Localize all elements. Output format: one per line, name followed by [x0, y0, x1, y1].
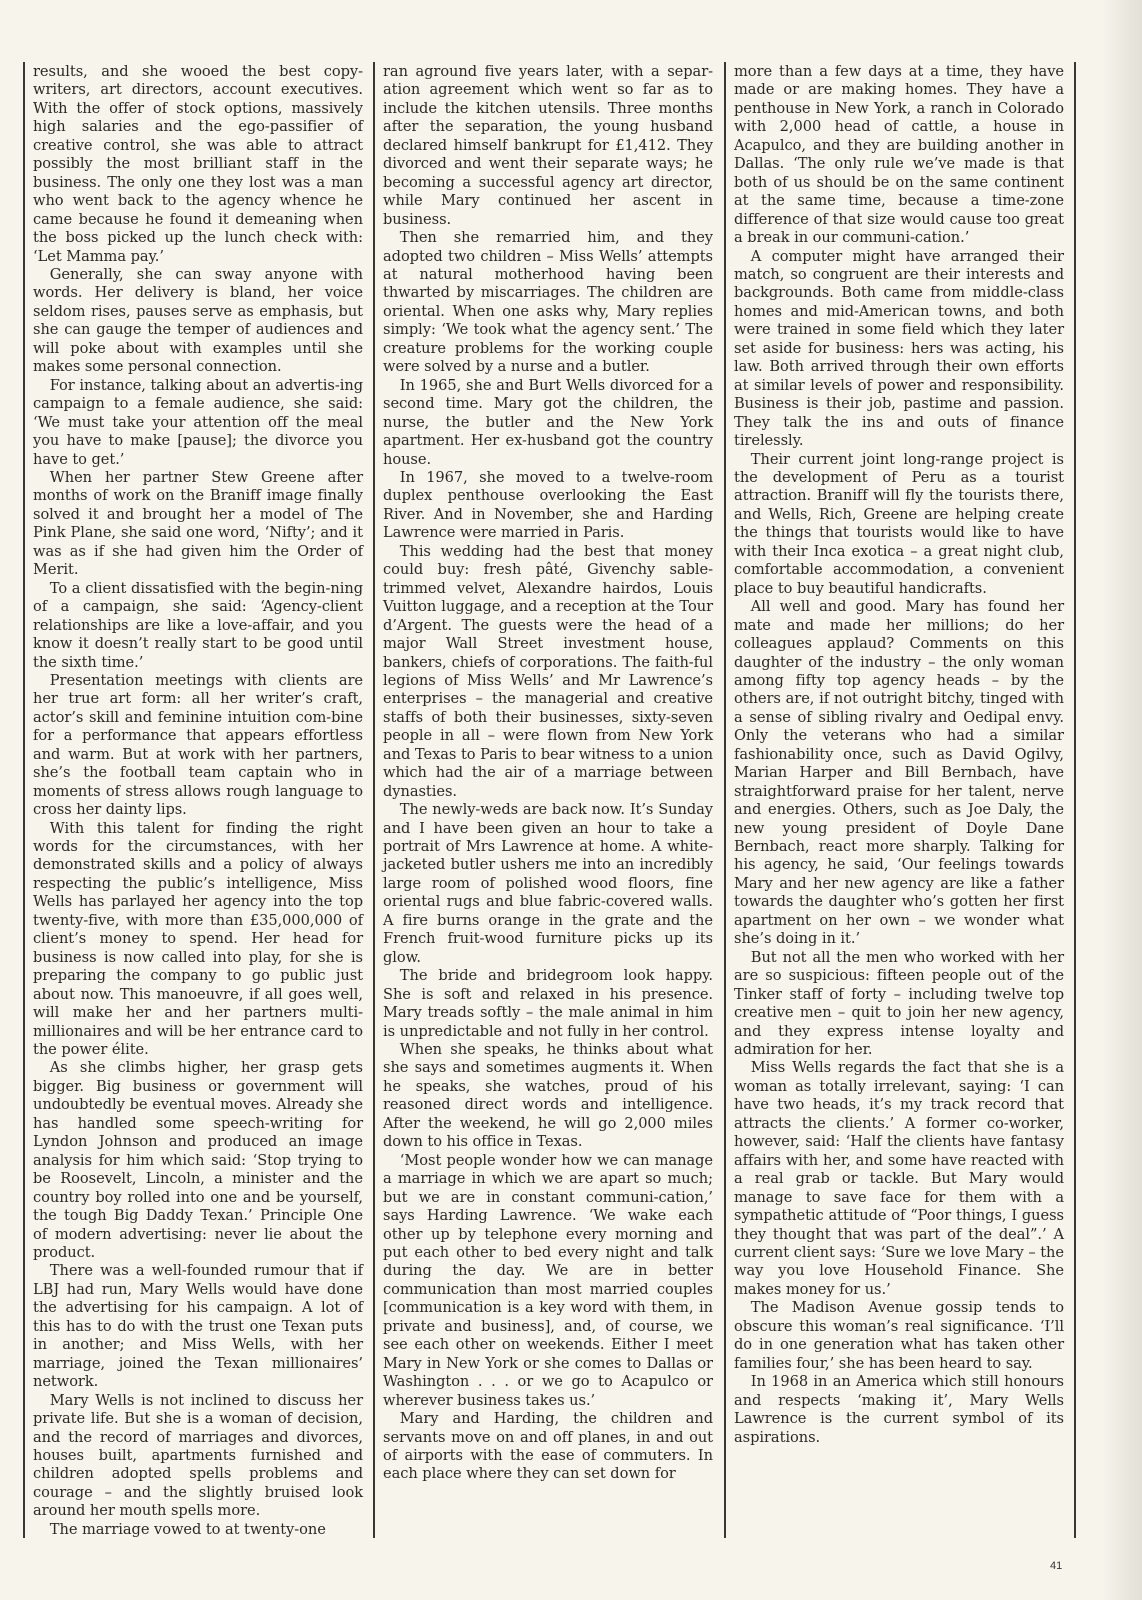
article-paragraph: In 1965, she and Burt Wells divorced for… [383, 377, 713, 469]
article-paragraph: All well and good. Mary has found her ma… [734, 598, 1064, 949]
article-paragraph: There was a well-founded rumour that if … [33, 1262, 363, 1391]
article-paragraph: The marriage vowed to at twenty-one [33, 1521, 363, 1539]
article-paragraph: ‘Most people wonder how we can manage a … [383, 1152, 713, 1410]
article-paragraph: Mary and Harding, the children and serva… [383, 1410, 713, 1484]
article-paragraph: The newly-weds are back now. It’s Sunday… [383, 801, 713, 967]
article-paragraph: In 1968 in an America which still honour… [734, 1373, 1064, 1447]
page-edge-shadow [1102, 0, 1142, 1600]
article-paragraph: Mary Wells is not inclined to discuss he… [33, 1392, 363, 1521]
article-paragraph: ran aground five years later, with a sep… [383, 63, 713, 229]
article-paragraph: A computer might have arranged their mat… [734, 248, 1064, 451]
article-paragraph: With this talent for finding the right w… [33, 820, 363, 1060]
article-paragraph: Generally, she can sway anyone with word… [33, 266, 363, 377]
article-paragraph: In 1967, she moved to a twelve-room dupl… [383, 469, 713, 543]
article-paragraph: Miss Wells regards the fact that she is … [734, 1059, 1064, 1299]
article-paragraph: Their current joint long-range project i… [734, 451, 1064, 599]
column-rule-left [23, 62, 25, 1538]
article-paragraph: For instance, talking about an advertis-… [33, 377, 363, 469]
article-column-1: results, and she wooed the best copy-wri… [33, 63, 363, 1539]
article-paragraph: When she speaks, he thinks about what sh… [383, 1041, 713, 1152]
article-column-2: ran aground five years later, with a sep… [383, 63, 713, 1484]
article-paragraph: To a client dissatisfied with the begin-… [33, 580, 363, 672]
article-paragraph: This wedding had the best that money cou… [383, 543, 713, 801]
page-number: 41 [1050, 1560, 1062, 1572]
column-rule-right [1074, 62, 1076, 1538]
article-paragraph: results, and she wooed the best copy-wri… [33, 63, 363, 266]
article-paragraph: As she climbs higher, her grasp gets big… [33, 1059, 363, 1262]
article-paragraph: more than a few days at a time, they hav… [734, 63, 1064, 248]
column-rule-1-2 [373, 62, 375, 1538]
column-rule-2-3 [724, 62, 726, 1538]
article-paragraph: But not all the men who worked with her … [734, 949, 1064, 1060]
article-column-3: more than a few days at a time, they hav… [734, 63, 1064, 1447]
article-paragraph: When her partner Stew Greene after month… [33, 469, 363, 580]
article-paragraph: Then she remarried him, and they adopted… [383, 229, 713, 377]
article-paragraph: The bride and bridegroom look happy. She… [383, 967, 713, 1041]
article-paragraph: The Madison Avenue gossip tends to obscu… [734, 1299, 1064, 1373]
article-paragraph: Presentation meetings with clients are h… [33, 672, 363, 820]
